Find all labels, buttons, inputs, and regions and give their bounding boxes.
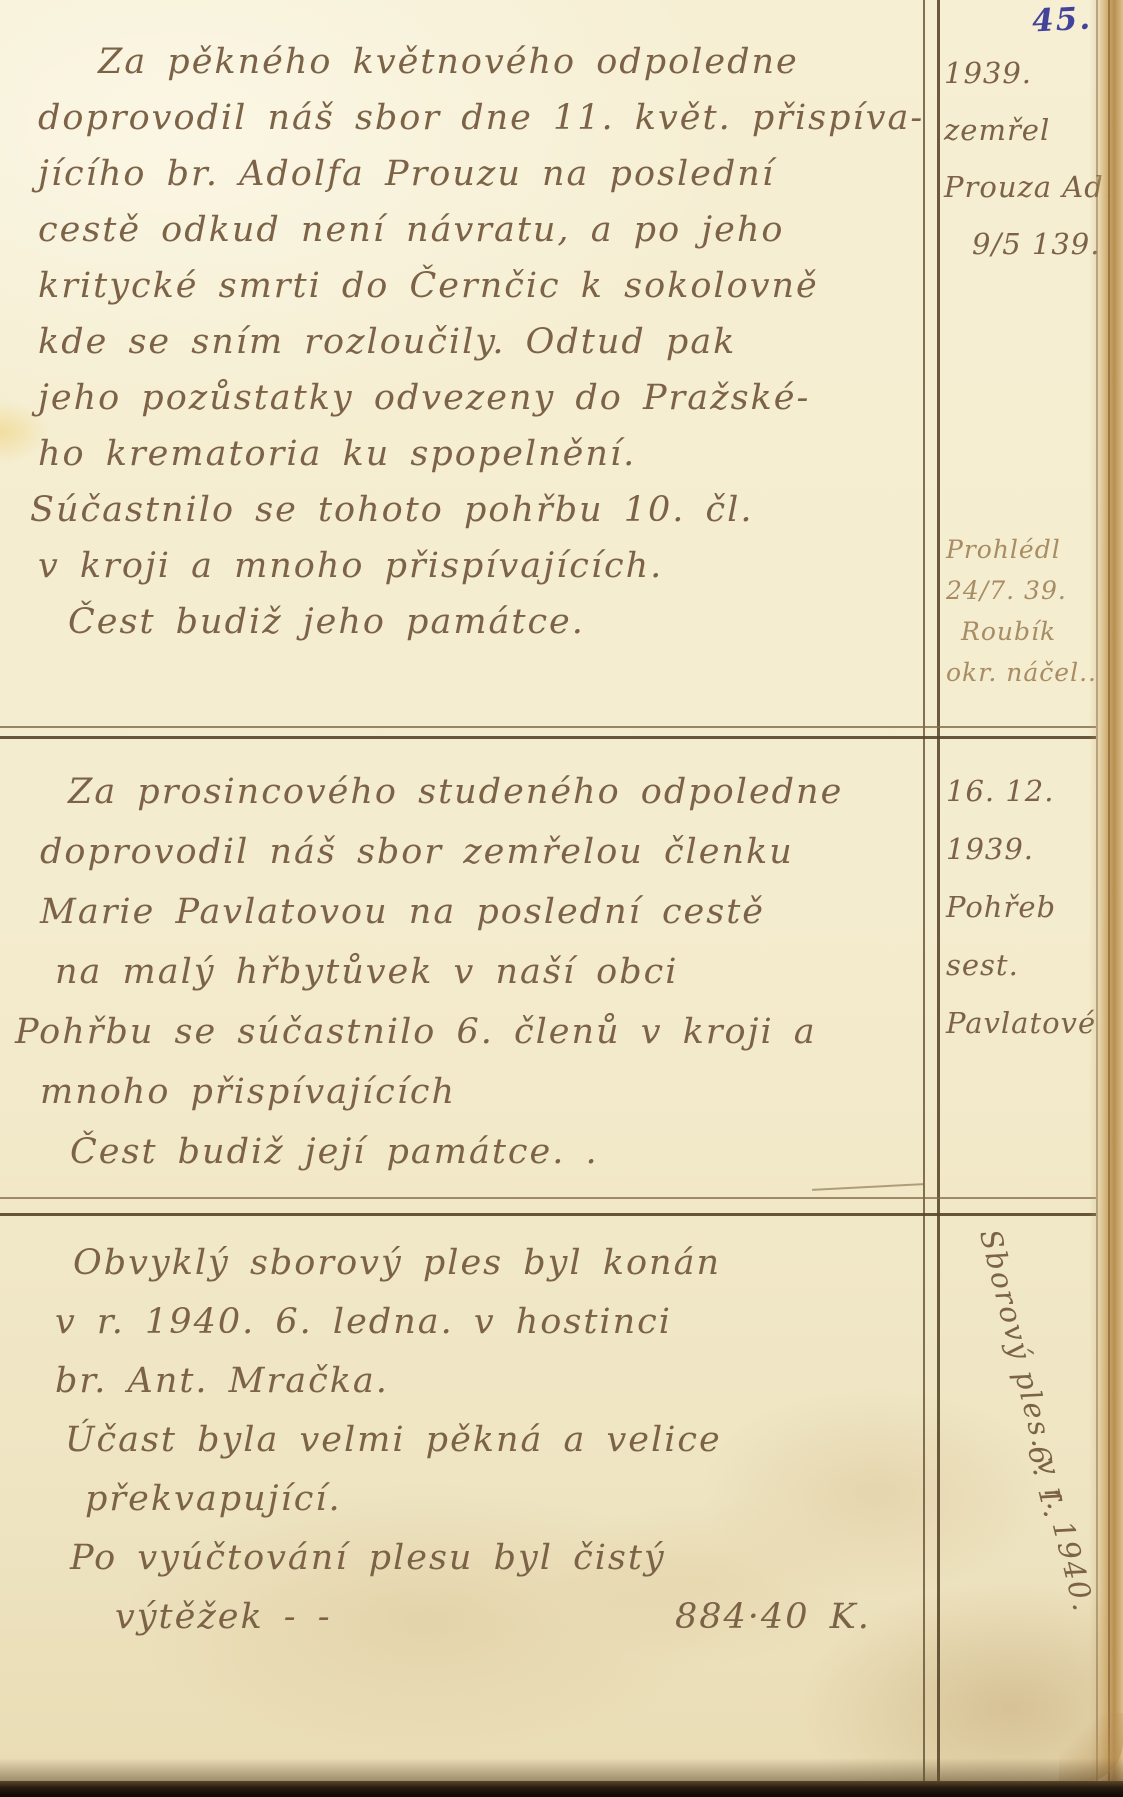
handwritten-line: v r. 1940. 6. ledna. v hostinci <box>55 1302 925 1361</box>
handwritten-line: Súčastnilo se tohoto pohřbu 10. čl. <box>30 490 928 546</box>
section-divider-1-bottom <box>0 736 1096 739</box>
handwritten-line: Za pěkného květnového odpoledne <box>38 42 928 98</box>
handwritten-line: na malý hřbytůvek v naší obci <box>40 952 930 1012</box>
handwritten-line: Obvyklý sborový ples byl konán <box>55 1243 925 1302</box>
handwritten-line: jeho pozůstatky odvezeny do Pražské- <box>38 378 928 434</box>
book-cover-edge <box>0 1781 1123 1797</box>
handwritten-line: mnoho přispívajících <box>40 1072 930 1132</box>
net-profit-amount: 884·40 K. <box>675 1597 871 1637</box>
section-divider-1-top <box>0 726 1096 728</box>
handwritten-line: kde se sním rozloučily. Odtud pak <box>38 322 928 378</box>
handwritten-line: Za prosincového studeného odpoledne <box>40 772 930 832</box>
handwritten-line: br. Ant. Mračka. <box>55 1361 925 1420</box>
chronicle-entry-1: Za pěkného květnového odpoledne doprovod… <box>38 42 928 658</box>
handwritten-line: Marie Pavlatovou na poslední cestě <box>40 892 930 952</box>
net-profit-label: výtěžek - - <box>55 1597 332 1637</box>
page-edge-line <box>1108 0 1110 1797</box>
chronicle-page-scan: 45. Za pěkného květnového odpoledne dopr… <box>0 0 1123 1797</box>
handwritten-line: Čest budiž jeho památce. <box>38 602 928 658</box>
handwritten-line: doprovodil náš sbor dne 11. květ. přispí… <box>38 98 928 154</box>
handwritten-line: jícího br. Adolfa Prouzu na poslední <box>38 154 928 210</box>
handwritten-line: kritycké smrti do Černčic k sokolovně <box>38 266 928 322</box>
handwritten-line: v kroji a mnoho přispívajících. <box>38 546 928 602</box>
handwritten-line: doprovodil náš sbor zemřelou členku <box>40 832 930 892</box>
chronicle-entry-3: Obvyklý sborový ples byl konán v r. 1940… <box>55 1243 925 1656</box>
handwritten-line: překvapující. <box>55 1479 925 1538</box>
section-divider-2-bottom <box>0 1213 1096 1216</box>
book-page-edge <box>1089 0 1123 1797</box>
margin-vertical-rule-right <box>937 0 940 1782</box>
chronicle-entry-2: Za prosincového studeného odpoledne dopr… <box>40 772 930 1192</box>
handwritten-line: ho krematoria ku spopelnění. <box>38 434 928 490</box>
handwritten-line: Pohřbu se súčastnilo 6. členů v kroji a <box>15 1012 930 1072</box>
handwritten-line: Účast byla velmi pěkná a velice <box>55 1420 925 1479</box>
page-number: 45. <box>1031 0 1093 39</box>
handwritten-line: Čest budiž její památce. . <box>40 1132 930 1192</box>
page-bottom-shadow <box>0 1758 1123 1782</box>
margin-note-ball-title: Sborový ples. v r. 1940. <box>973 1226 1101 1616</box>
handwritten-line: cestě odkud není návratu, a po jeho <box>38 210 928 266</box>
handwritten-line: Po vyúčtování plesu byl čistý <box>55 1538 925 1597</box>
section-divider-2-top <box>0 1197 1096 1199</box>
page-edge-line <box>1096 0 1098 1797</box>
